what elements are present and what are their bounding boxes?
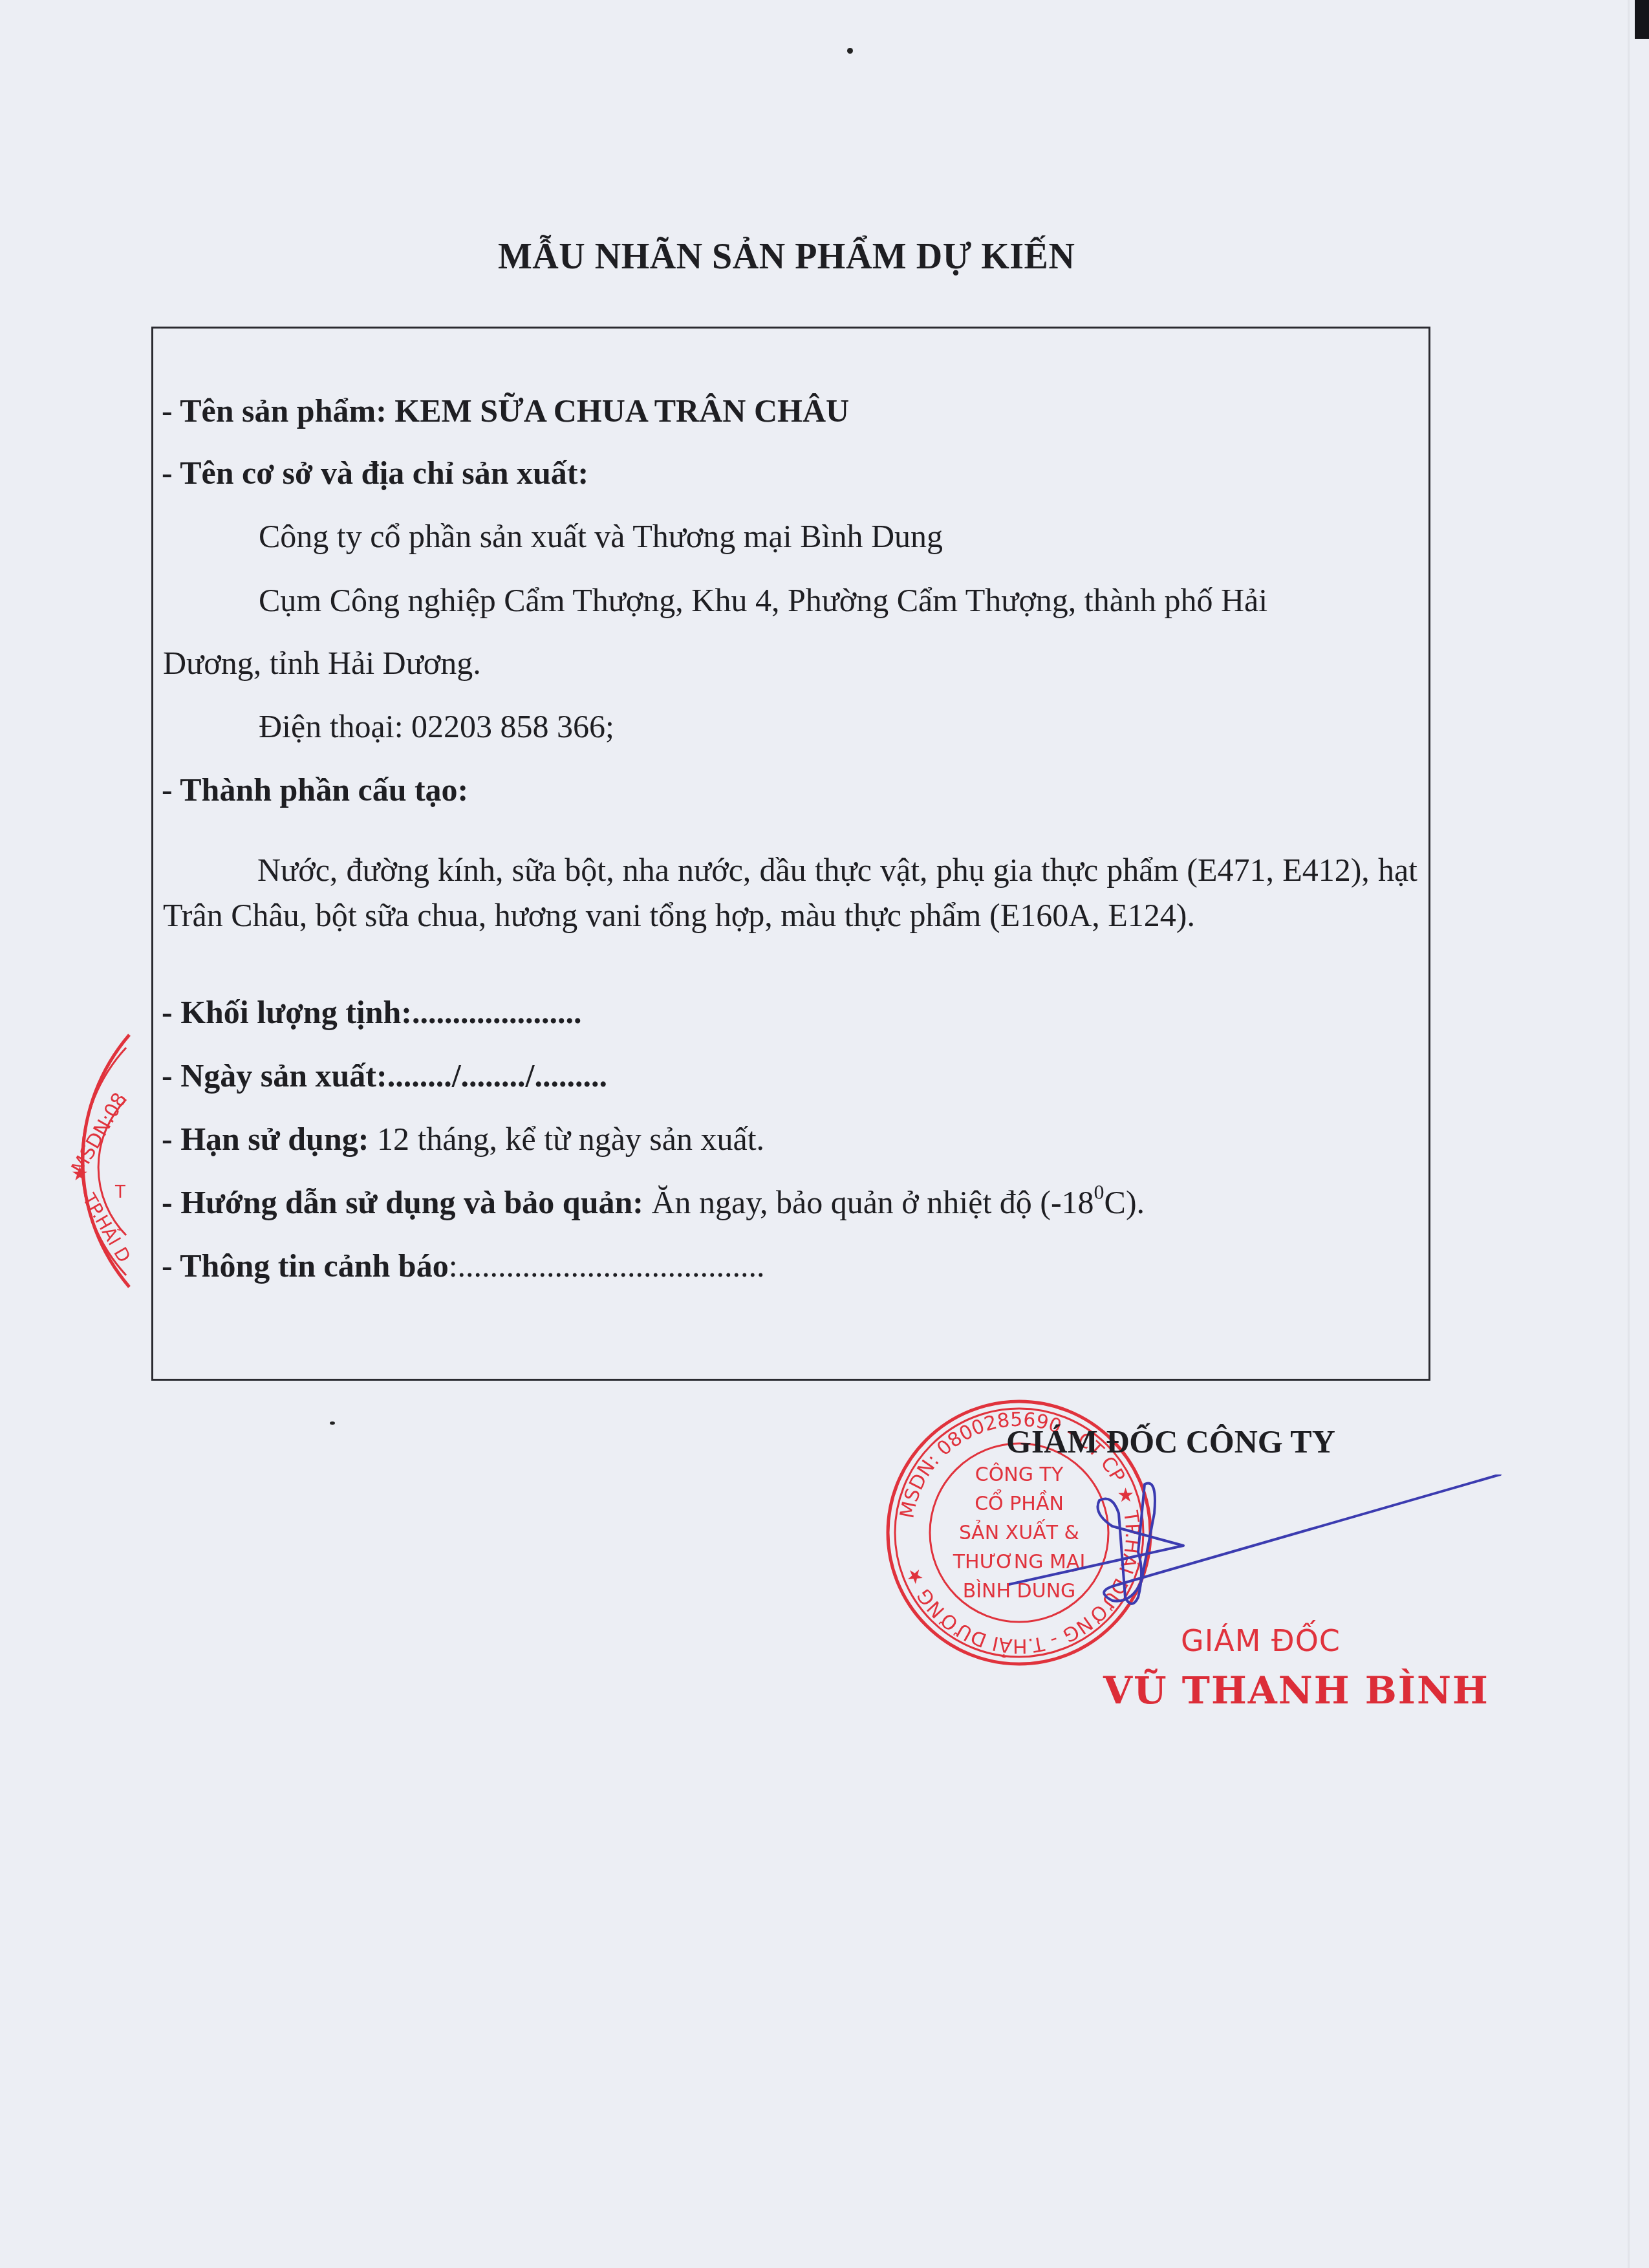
expiry-label: - Hạn sử dụng: <box>162 1121 369 1157</box>
scan-speck <box>330 1421 335 1425</box>
signature-title: GIÁM ĐỐC CÔNG TY <box>1006 1423 1335 1460</box>
producer-label: - Tên cơ sở và địa chỉ sản xuất: <box>162 454 588 491</box>
ingredients-label: - Thành phần cấu tạo: <box>162 771 468 808</box>
usage-value: Ăn ngay, bảo quản ở nhiệt độ (-18 <box>643 1184 1094 1220</box>
svg-text:★: ★ <box>71 1163 89 1185</box>
production-date-row: - Ngày sản xuất:......../......../......… <box>162 1057 607 1094</box>
net-weight-value: ..................... <box>412 994 582 1030</box>
scan-speck <box>847 48 853 54</box>
ingredients-text: Nước, đường kính, sữa bột, nha nước, dầu… <box>163 847 1417 938</box>
address-line-2: Dương, tỉnh Hải Dương. <box>163 644 481 682</box>
usage-row: - Hướng dẫn sử dụng và bảo quản: Ăn ngay… <box>162 1183 1145 1221</box>
left-stamp-fragment: MSDN:08 ★ TP.HẢI D T <box>39 1028 155 1293</box>
document-title: MẪU NHÃN SẢN PHẨM DỰ KIẾN <box>0 236 1649 277</box>
expiry-value: 12 tháng, kể từ ngày sản xuất. <box>369 1121 764 1157</box>
net-weight-row: - Khối lượng tịnh:..................... <box>162 993 581 1031</box>
page-shadow <box>1628 0 1630 2268</box>
usage-label: - Hướng dẫn sử dụng và bảo quản: <box>162 1184 643 1220</box>
expiry-row: - Hạn sử dụng: 12 tháng, kể từ ngày sản … <box>162 1120 764 1158</box>
warning-row: - Thông tin cảnh báo:...................… <box>162 1247 765 1284</box>
warning-label: - Thông tin cảnh báo <box>162 1247 449 1284</box>
director-name: VŨ THANH BÌNH <box>1103 1669 1489 1712</box>
usage-suffix: C). <box>1105 1184 1145 1220</box>
production-date-value: ......../......../......... <box>387 1057 607 1094</box>
company-name: Công ty cổ phần sản xuất và Thương mại B… <box>259 517 943 555</box>
scan-edge <box>1635 0 1649 39</box>
net-weight-label: - Khối lượng tịnh: <box>162 994 412 1030</box>
director-position: GIÁM ĐỐC <box>1181 1623 1341 1658</box>
signature <box>1009 1474 1513 1617</box>
production-date-label: - Ngày sản xuất: <box>162 1057 387 1094</box>
ingredients-value: Nước, đường kính, sữa bột, nha nước, dầu… <box>163 852 1417 933</box>
product-name-row: - Tên sản phẩm: KEM SỮA CHUA TRÂN CHÂU <box>162 392 849 429</box>
phone: Điện thoại: 02203 858 366; <box>259 707 614 745</box>
warning-value: :...................................... <box>449 1247 765 1284</box>
address-line-1: Cụm Công nghiệp Cẩm Thượng, Khu 4, Phườn… <box>259 581 1267 619</box>
degree-sup: 0 <box>1094 1180 1105 1204</box>
svg-text:T: T <box>114 1183 125 1202</box>
product-name-label: - Tên sản phẩm: <box>162 393 387 429</box>
product-name-value: KEM SỮA CHUA TRÂN CHÂU <box>387 393 849 429</box>
